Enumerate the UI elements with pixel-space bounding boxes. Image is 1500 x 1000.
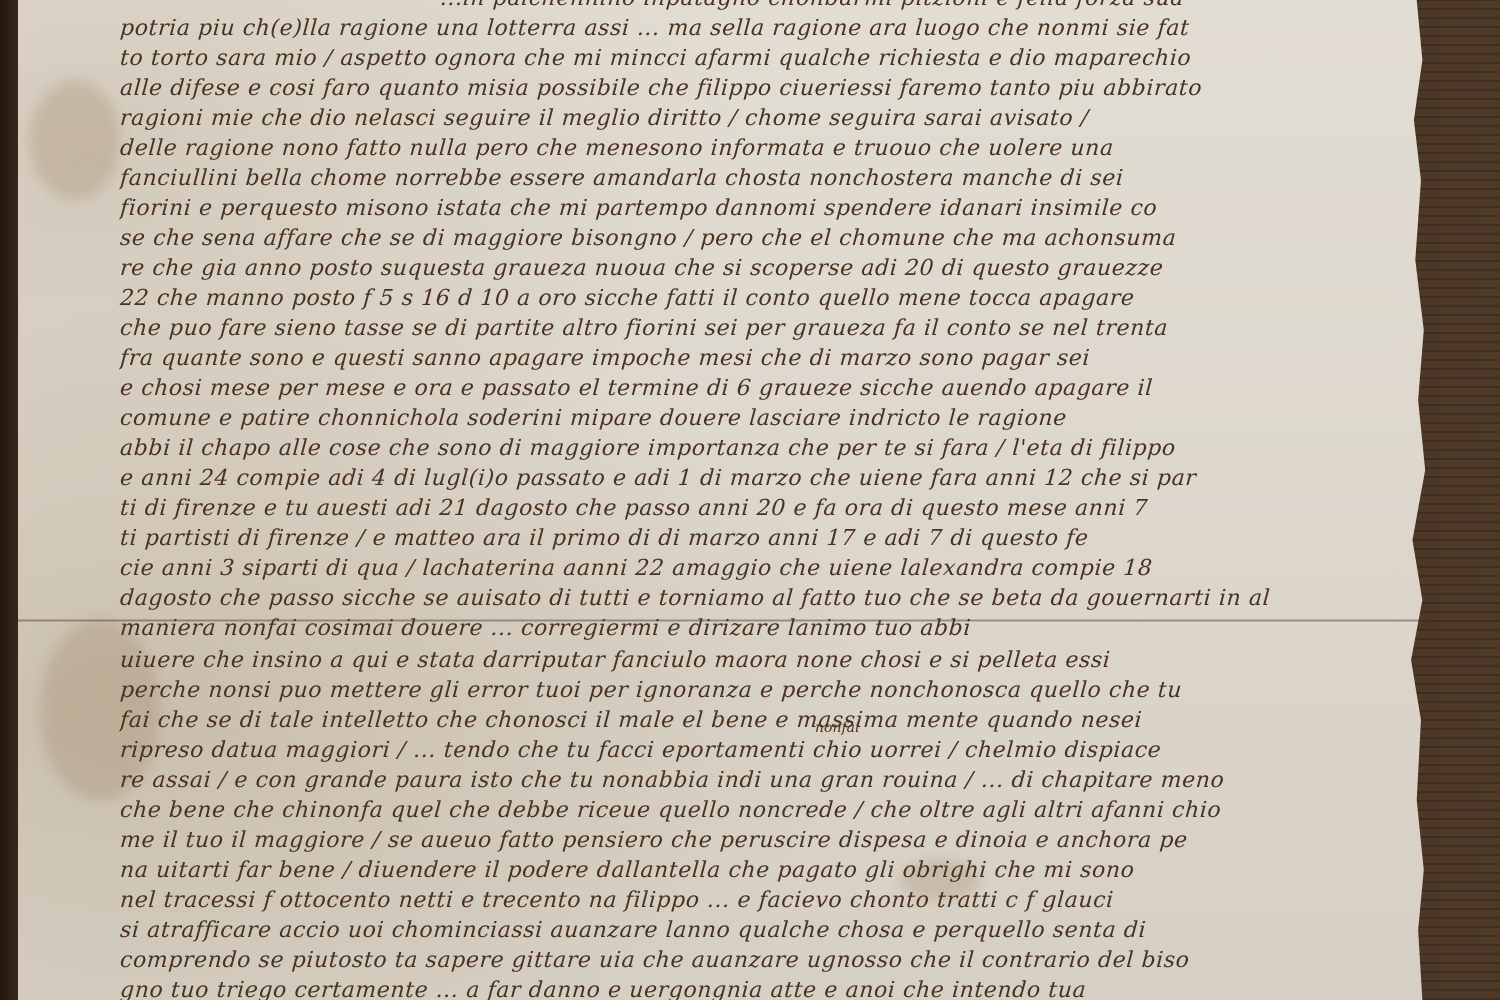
handwritten-line: comune e patire chonnichola soderini mip… <box>119 404 1421 436</box>
handwritten-line: re che gia anno posto suquesta graueza n… <box>119 254 1421 286</box>
handwritten-line: fanciullini bella chome norrebbe essere … <box>119 164 1421 196</box>
handwritten-line: ti partisti di firenze / e matteo ara il… <box>119 524 1421 556</box>
handwritten-line: 22 che manno posto f 5 s 16 d 10 a oro s… <box>119 284 1421 316</box>
handwritten-line: se che sena affare che se di maggiore bi… <box>119 224 1421 256</box>
handwritten-line: delle ragione nono fatto nulla pero che … <box>119 134 1421 166</box>
handwritten-line: fiorini e perquesto misono istata che mi… <box>119 194 1421 226</box>
handwritten-line: fai che se di tale intelletto che chonos… <box>119 706 1421 738</box>
handwritten-line: me il tuo il maggiore / se aueuo fatto p… <box>119 826 1421 858</box>
handwritten-line: fra quante sono e questi sanno apagare i… <box>119 344 1421 376</box>
handwritten-line: e anni 24 compie adi 4 di lugl(i)o passa… <box>119 464 1421 496</box>
handwritten-line: comprendo se piutosto ta sapere gittare … <box>119 946 1421 978</box>
handwritten-line: e chosi mese per mese e ora e passato el… <box>119 374 1421 406</box>
handwritten-line: che puo fare sieno tasse se di partite a… <box>119 314 1421 346</box>
handwritten-line: ripreso datua maggiori / ... tendo che t… <box>119 736 1421 768</box>
interlinear-correction: nonfai <box>815 720 859 736</box>
handwritten-line: to torto sara mio / aspetto ognora che m… <box>119 44 1421 76</box>
handwritten-line: ti di firenze e tu auesti adi 21 dagosto… <box>119 494 1421 526</box>
handwritten-line: dagosto che passo sicche se auisato di t… <box>119 584 1421 616</box>
handwritten-line: che bene che chinonfa quel che debbe ric… <box>119 796 1421 828</box>
handwritten-line: potria piu ch(e)lla ragione una lotterra… <box>119 14 1421 46</box>
handwritten-line: si atrafficare accio uoi chominciassi au… <box>119 916 1421 948</box>
handwritten-line: nel tracessi f ottocento netti e trecent… <box>119 886 1421 918</box>
handwritten-line: cie anni 3 siparti di qua / lachaterina … <box>119 554 1421 586</box>
handwritten-line: perche nonsi puo mettere gli error tuoi … <box>119 676 1421 708</box>
handwritten-line: maniera nonfai cosimai douere ... correg… <box>119 614 1421 646</box>
handwritten-line: abbi il chapo alle cose che sono di magg… <box>119 434 1421 466</box>
handwritten-text-body: ...in palchennino inpatagno chonbarmi pi… <box>0 0 1500 1000</box>
handwritten-line: uiuere che insino a qui e stata darriput… <box>119 646 1421 678</box>
handwritten-line: alle difese e cosi faro quanto misia pos… <box>119 74 1421 106</box>
handwritten-line: ragioni mie che dio nelasci seguire il m… <box>119 104 1421 136</box>
handwritten-line: gno tuo triego certamente ... a far dann… <box>119 976 1421 1000</box>
handwritten-line: na uitarti far bene / diuendere il poder… <box>119 856 1421 888</box>
handwritten-line: re assai / e con grande paura isto che t… <box>119 766 1421 798</box>
